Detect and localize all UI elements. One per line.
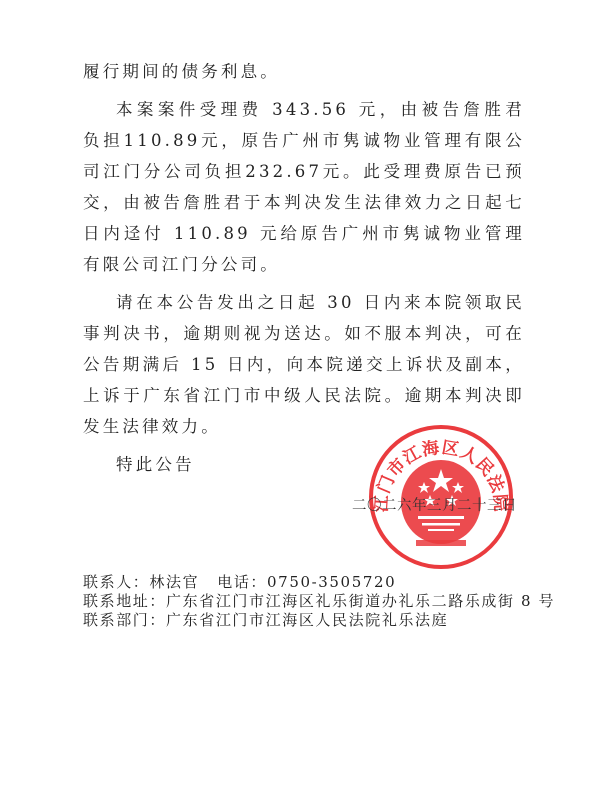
contact-block: 联系人：林法官电话：0750-3505720 联系地址：广东省江门市江海区礼乐街… (83, 573, 555, 630)
contact-address-line: 联系地址：广东省江门市江海区礼乐街道办礼乐二路乐成街 8 号 (83, 592, 555, 611)
contact-person: 林法官 (149, 573, 199, 591)
phone-label: 电话： (217, 573, 267, 591)
document-page: 履行期间的债务利息。 本案案件受理费 343.56 元，由被告詹胜君负担110.… (0, 0, 600, 800)
paragraph-collection-notice: 请在本公告发出之日起 30 日内来本院领取民事判决书，逾期则视为送达。如不服本判… (83, 287, 525, 442)
address-label: 联系地址： (83, 592, 166, 610)
paragraph-interest: 履行期间的债务利息。 (83, 56, 525, 87)
contact-person-label: 联系人： (83, 573, 149, 591)
phone-number: 0750-3505720 (267, 573, 396, 591)
department-value: 广东省江门市江海区人民法院礼乐法庭 (166, 611, 448, 629)
contact-department-line: 联系部门：广东省江门市江海区人民法院礼乐法庭 (83, 611, 555, 630)
address-value: 广东省江门市江海区礼乐街道办礼乐二路乐成街 8 号 (166, 592, 555, 610)
contact-person-line: 联系人：林法官电话：0750-3505720 (83, 573, 555, 592)
department-label: 联系部门： (83, 611, 166, 629)
announcement-date: 二〇二六年三月二十三日 (352, 494, 517, 515)
paragraph-court-fees: 本案案件受理费 343.56 元，由被告詹胜君负担110.89元，原告广州市隽诚… (83, 94, 525, 280)
